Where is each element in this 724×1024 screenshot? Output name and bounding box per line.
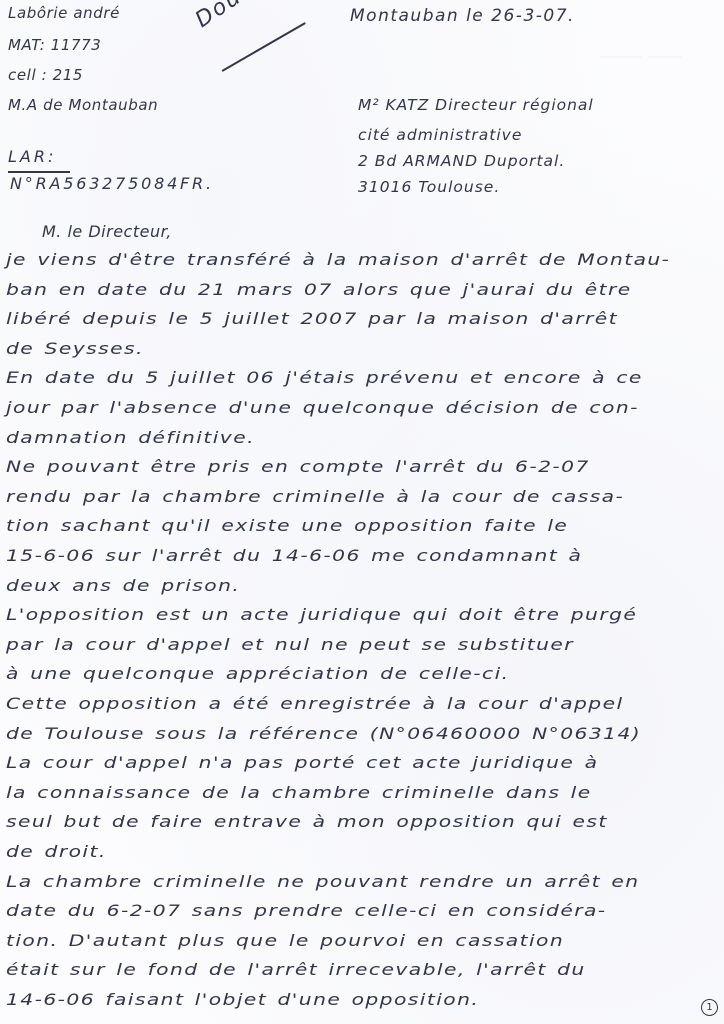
body-line: rendu par la chambre criminelle à la cou… xyxy=(6,487,624,506)
recipient-line-3: 2 Bd ARMAND Duportal. xyxy=(358,152,565,170)
body-line: je viens d'être transféré à la maison d'… xyxy=(6,250,670,269)
body-line: En date du 5 juillet 06 j'étais prévenu … xyxy=(6,368,643,387)
body-line: de Seysses. xyxy=(6,339,144,358)
salutation: M. le Directeur, xyxy=(42,222,172,241)
lar-underline xyxy=(8,171,70,173)
body-line: damnation définitive. xyxy=(6,428,255,447)
lar-label: LAR: xyxy=(8,147,56,166)
body-line: deux ans de prison. xyxy=(6,576,240,595)
body-line: de Toulouse sous la référence (N°0646000… xyxy=(6,724,641,743)
body-line: La chambre criminelle ne pouvant rendre … xyxy=(6,872,639,891)
body-line: était sur le fond de l'arrêt irrecevable… xyxy=(6,960,586,979)
body-line: ban en date du 21 mars 07 alors que j'au… xyxy=(6,280,632,299)
body-line: Cette opposition a été enregistrée à la … xyxy=(6,694,624,713)
body-line: tion sachant qu'il existe une opposition… xyxy=(6,516,568,535)
recipient-line-4: 31016 Toulouse. xyxy=(358,178,500,196)
body-line: La cour d'appel n'a pas porté cet acte j… xyxy=(6,753,598,772)
body-line: de droit. xyxy=(6,842,107,861)
body-line: seul but de faire entrave à mon oppositi… xyxy=(6,812,608,831)
sender-matricule: MAT: 11773 xyxy=(8,36,101,54)
recipient-line-2: cité administrative xyxy=(358,126,522,144)
sender-name: Labôrie andré xyxy=(8,4,120,22)
page-number: 1 xyxy=(701,999,718,1016)
body-line: Ne pouvant être pris en compte l'arrêt d… xyxy=(6,457,590,476)
sender-institution: M.A de Montauban xyxy=(8,96,158,114)
body-line: 14-6-06 faisant l'objet d'une opposition… xyxy=(6,990,479,1009)
body-line: par la cour d'appel et nul ne peut se su… xyxy=(6,635,574,654)
body-line: jour par l'absence d'une quelconque déci… xyxy=(6,398,639,417)
lar-tracking-number: N°RA563275084FR. xyxy=(10,174,214,193)
body-line: libéré depuis le 5 juillet 2007 par la m… xyxy=(6,309,618,328)
body-line: à une quelconque appréciation de celle-c… xyxy=(6,664,510,683)
body-line: la connaissance de la chambre criminelle… xyxy=(6,783,592,802)
place-and-date: Montauban le 26-3-07. xyxy=(350,6,575,26)
bleed-through-text: _____ ____ xyxy=(600,40,682,58)
recipient-line-1: M² KATZ Directeur régional xyxy=(358,96,594,114)
body-line: tion. D'autant plus que le pourvoi en ca… xyxy=(6,931,564,950)
body-line: 15-6-06 sur l'arrêt du 14-6-06 me condam… xyxy=(6,546,582,565)
body-line: L'opposition est un acte juridique qui d… xyxy=(6,605,637,624)
sender-cell: cell : 215 xyxy=(8,66,83,84)
body-line: date du 6-2-07 sans prendre celle-ci en … xyxy=(6,901,607,920)
